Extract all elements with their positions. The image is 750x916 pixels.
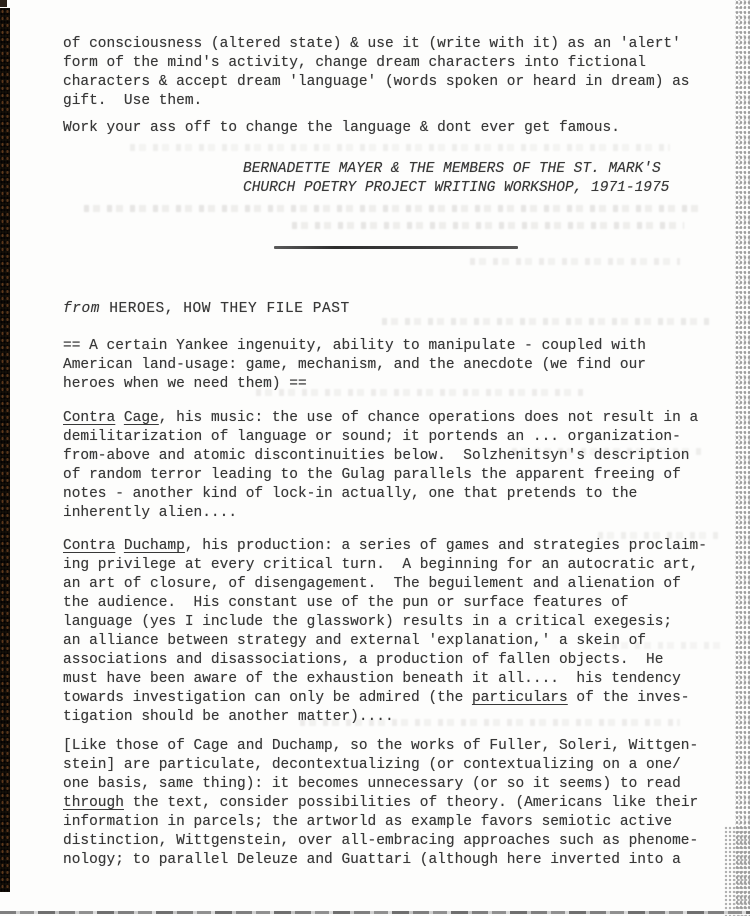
text-line: through the text, consider possibilities… [63,794,698,813]
text-line: an art of closure, of disengagement. The… [63,575,707,594]
text-line: American land-usage: game, mechanism, an… [63,356,646,375]
underlined-text: Contra [63,538,115,554]
text-line: stein] are particulate, decontextualizin… [63,756,698,775]
scan-artifact-right-edge [735,0,750,916]
scan-artifact-corner-speckle [724,826,750,916]
text-line: the audience. His constant use of the pu… [63,594,707,613]
contra-duchamp: Contra Duchamp, his production: a series… [63,537,707,727]
text-line: [Like those of Cage and Duchamp, so the … [63,737,698,756]
text-line: gift. Use them. [63,92,690,111]
bleed-through-smudge [512,448,702,455]
text-line: associations and disassociations, a prod… [63,651,707,670]
bleed-through-smudge [382,318,712,325]
text-line: one basis, same thing): it becomes unnec… [63,775,698,794]
attribution: BERNADETTE MAYER & THE MEMBERS OF THE ST… [243,160,669,198]
bleed-through-smudge [292,222,684,229]
bleed-through-smudge [470,258,680,265]
text-line: ing privilege at every critical turn. A … [63,556,707,575]
work-advice: Work your ass off to change the language… [63,119,620,138]
text-line: Work your ass off to change the language… [63,119,620,138]
bleed-through-smudge [300,719,680,726]
text-line: notes - another kind of lock-in actually… [63,485,698,504]
scan-artifact-left-edge [0,8,10,892]
text-line: information in parcels; the artworld as … [63,813,698,832]
text-line: towards investigation can only be admire… [63,689,707,708]
contra-cage: Contra Cage, his music: the use of chanc… [63,409,698,523]
text-line: CHURCH POETRY PROJECT WRITING WORKSHOP, … [243,179,669,198]
underlined-text: Cage [124,410,159,426]
scanned-document-page: of consciousness (altered state) & use i… [0,0,750,916]
yankee-note: == A certain Yankee ingenuity, ability t… [63,337,646,394]
text-line: BERNADETTE MAYER & THE MEMBERS OF THE ST… [243,160,669,179]
underlined-text: particulars [472,690,568,706]
scan-artifact-bottom-edge [0,911,750,914]
text-line: demilitarization of language or sound; i… [63,428,698,447]
text-line: must have been aware of the exhaustion b… [63,670,707,689]
underlined-text: Contra [63,410,115,426]
text-line: nology; to parallel Deleuze and Guattari… [63,851,698,870]
text-line: characters & accept dream 'language' (wo… [63,73,690,92]
underlined-text: Duchamp [124,538,185,554]
text-line: inherently alien.... [63,504,698,523]
underlined-text: through [63,795,124,811]
text-line: Contra Duchamp, his production: a series… [63,537,707,556]
text-line: == A certain Yankee ingenuity, ability t… [63,337,646,356]
text-line: form of the mind's activity, change drea… [63,54,690,73]
scan-artifact-corner [0,0,7,7]
text-line: from HEROES, HOW THEY FILE PAST [63,300,350,319]
text-line: language (yes I include the glasswork) r… [63,613,707,632]
section-heading: from HEROES, HOW THEY FILE PAST [63,300,350,319]
italic-text: from [63,301,100,317]
like-those: [Like those of Cage and Duchamp, so the … [63,737,698,870]
bleed-through-smudge [612,642,722,649]
dream-advice: of consciousness (altered state) & use i… [63,35,690,111]
bleed-through-smudge [256,389,586,396]
text-line: of random terror leading to the Gulag pa… [63,466,698,485]
text-line: of consciousness (altered state) & use i… [63,35,690,54]
text-line: Contra Cage, his music: the use of chanc… [63,409,698,428]
text-line: distinction, Wittgenstein, over all-embr… [63,832,698,851]
divider-rule [274,246,518,249]
text-line: an alliance between strategy and externa… [63,632,707,651]
bleed-through-smudge [130,144,670,151]
bleed-through-smudge [84,205,704,212]
bleed-through-smudge [598,532,718,539]
